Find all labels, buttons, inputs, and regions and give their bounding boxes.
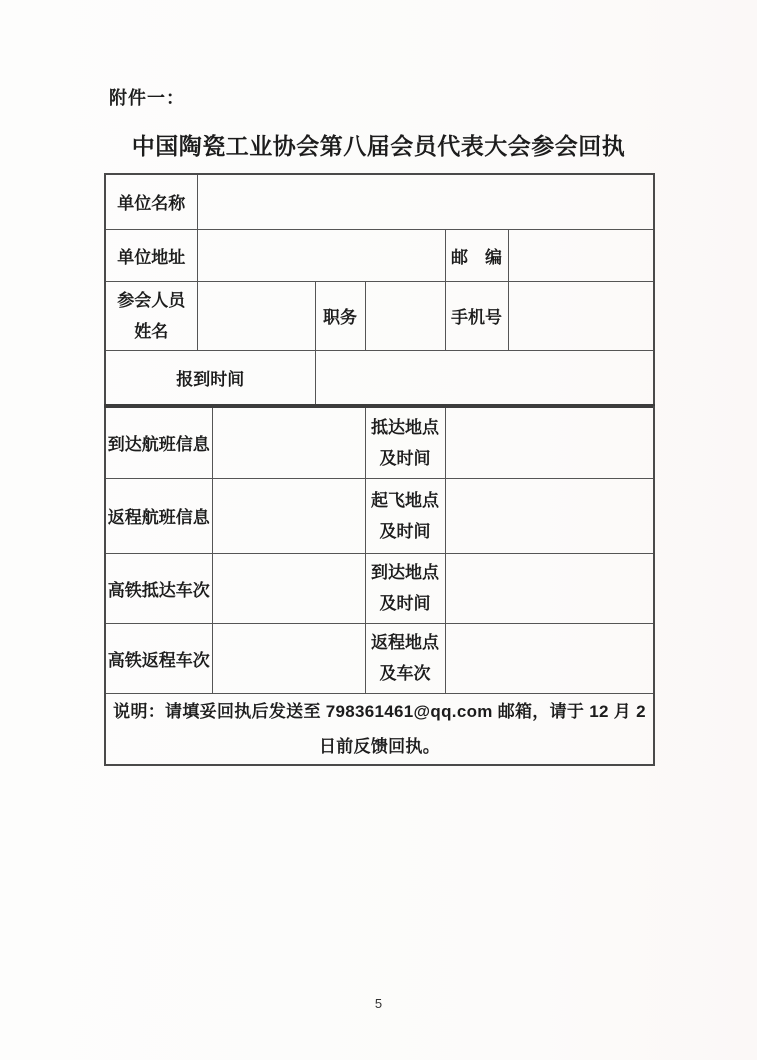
hsr-arrival-place-time-label-line1: 到达地点 [366, 557, 445, 588]
departure-place-time-label-line2: 及时间 [366, 516, 445, 547]
duty-label: 职务 [315, 281, 365, 350]
return-flight-row: 返程航班信息 起飞地点 及时间 [105, 478, 654, 553]
attachment-label: 附件一： [109, 84, 185, 110]
hsr-return-row: 高铁返程车次 返程地点 及车次 [105, 623, 654, 693]
arrival-flight-row: 到达航班信息 抵达地点 及时间 [105, 407, 654, 478]
checkin-time-label: 报到时间 [105, 350, 315, 405]
departure-place-time-label-line1: 起飞地点 [366, 485, 445, 516]
unit-address-row: 单位地址 邮 编 [105, 229, 654, 281]
hsr-return-place-train-value-cell [445, 623, 654, 693]
departure-place-time-label: 起飞地点 及时间 [365, 478, 445, 553]
postal-code-value-cell [508, 229, 654, 281]
hsr-arrival-row: 高铁抵达车次 到达地点 及时间 [105, 553, 654, 623]
unit-address-label: 单位地址 [105, 229, 197, 281]
arrival-place-time-label-line2: 及时间 [366, 443, 445, 474]
form-title: 中国陶瓷工业协会第八届会员代表大会参会回执 [0, 128, 757, 161]
arrival-place-time-label-line1: 抵达地点 [366, 412, 445, 443]
hsr-return-place-train-label-line1: 返程地点 [366, 627, 445, 658]
scanned-document-page: 附件一： 中国陶瓷工业协会第八届会员代表大会参会回执 单位名称 单位地址 邮 编… [0, 0, 757, 1060]
arrival-place-time-label: 抵达地点 及时间 [365, 407, 445, 478]
hsr-return-place-train-label: 返程地点 及车次 [365, 623, 445, 693]
phone-label: 手机号 [445, 281, 508, 350]
hsr-arrival-place-time-label-line2: 及时间 [366, 588, 445, 619]
hsr-return-place-train-label-line2: 及车次 [366, 658, 445, 689]
phone-value-cell [508, 281, 654, 350]
unit-name-label: 单位名称 [105, 174, 197, 229]
reply-form-upper-table: 单位名称 单位地址 邮 编 参会人员 姓名 职务 手机号 [104, 173, 655, 406]
attendee-name-value-cell [197, 281, 315, 350]
hsr-arrival-place-time-label: 到达地点 及时间 [365, 553, 445, 623]
unit-name-value-cell [197, 174, 654, 229]
note-row: 说明：请填妥回执后发送至 798361461@qq.com 邮箱，请于 12 月… [105, 693, 654, 765]
checkin-time-row: 报到时间 [105, 350, 654, 405]
reply-form-table: 单位名称 单位地址 邮 编 参会人员 姓名 职务 手机号 [104, 173, 653, 766]
departure-place-time-value-cell [445, 478, 654, 553]
attendee-name-label: 参会人员 姓名 [105, 281, 197, 350]
page-number: 5 [0, 996, 757, 1011]
attendee-name-label-line1: 参会人员 [106, 285, 197, 316]
hsr-return-label: 高铁返程车次 [105, 623, 212, 693]
attendee-name-label-line2: 姓名 [106, 316, 197, 347]
arrival-place-time-value-cell [445, 407, 654, 478]
return-flight-value-cell [212, 478, 365, 553]
postal-code-label: 邮 编 [445, 229, 508, 281]
arrival-flight-label: 到达航班信息 [105, 407, 212, 478]
unit-name-row: 单位名称 [105, 174, 654, 229]
note-text: 说明：请填妥回执后发送至 798361461@qq.com 邮箱，请于 12 月… [105, 693, 654, 765]
arrival-flight-value-cell [212, 407, 365, 478]
unit-address-value-cell [197, 229, 445, 281]
return-flight-label: 返程航班信息 [105, 478, 212, 553]
checkin-time-value-cell [315, 350, 654, 405]
duty-value-cell [365, 281, 445, 350]
hsr-arrival-label: 高铁抵达车次 [105, 553, 212, 623]
hsr-arrival-place-time-value-cell [445, 553, 654, 623]
attendee-row: 参会人员 姓名 职务 手机号 [105, 281, 654, 350]
hsr-arrival-value-cell [212, 553, 365, 623]
reply-form-lower-table: 到达航班信息 抵达地点 及时间 返程航班信息 起飞地点 及时间 高铁抵达车次 [104, 406, 655, 766]
hsr-return-value-cell [212, 623, 365, 693]
